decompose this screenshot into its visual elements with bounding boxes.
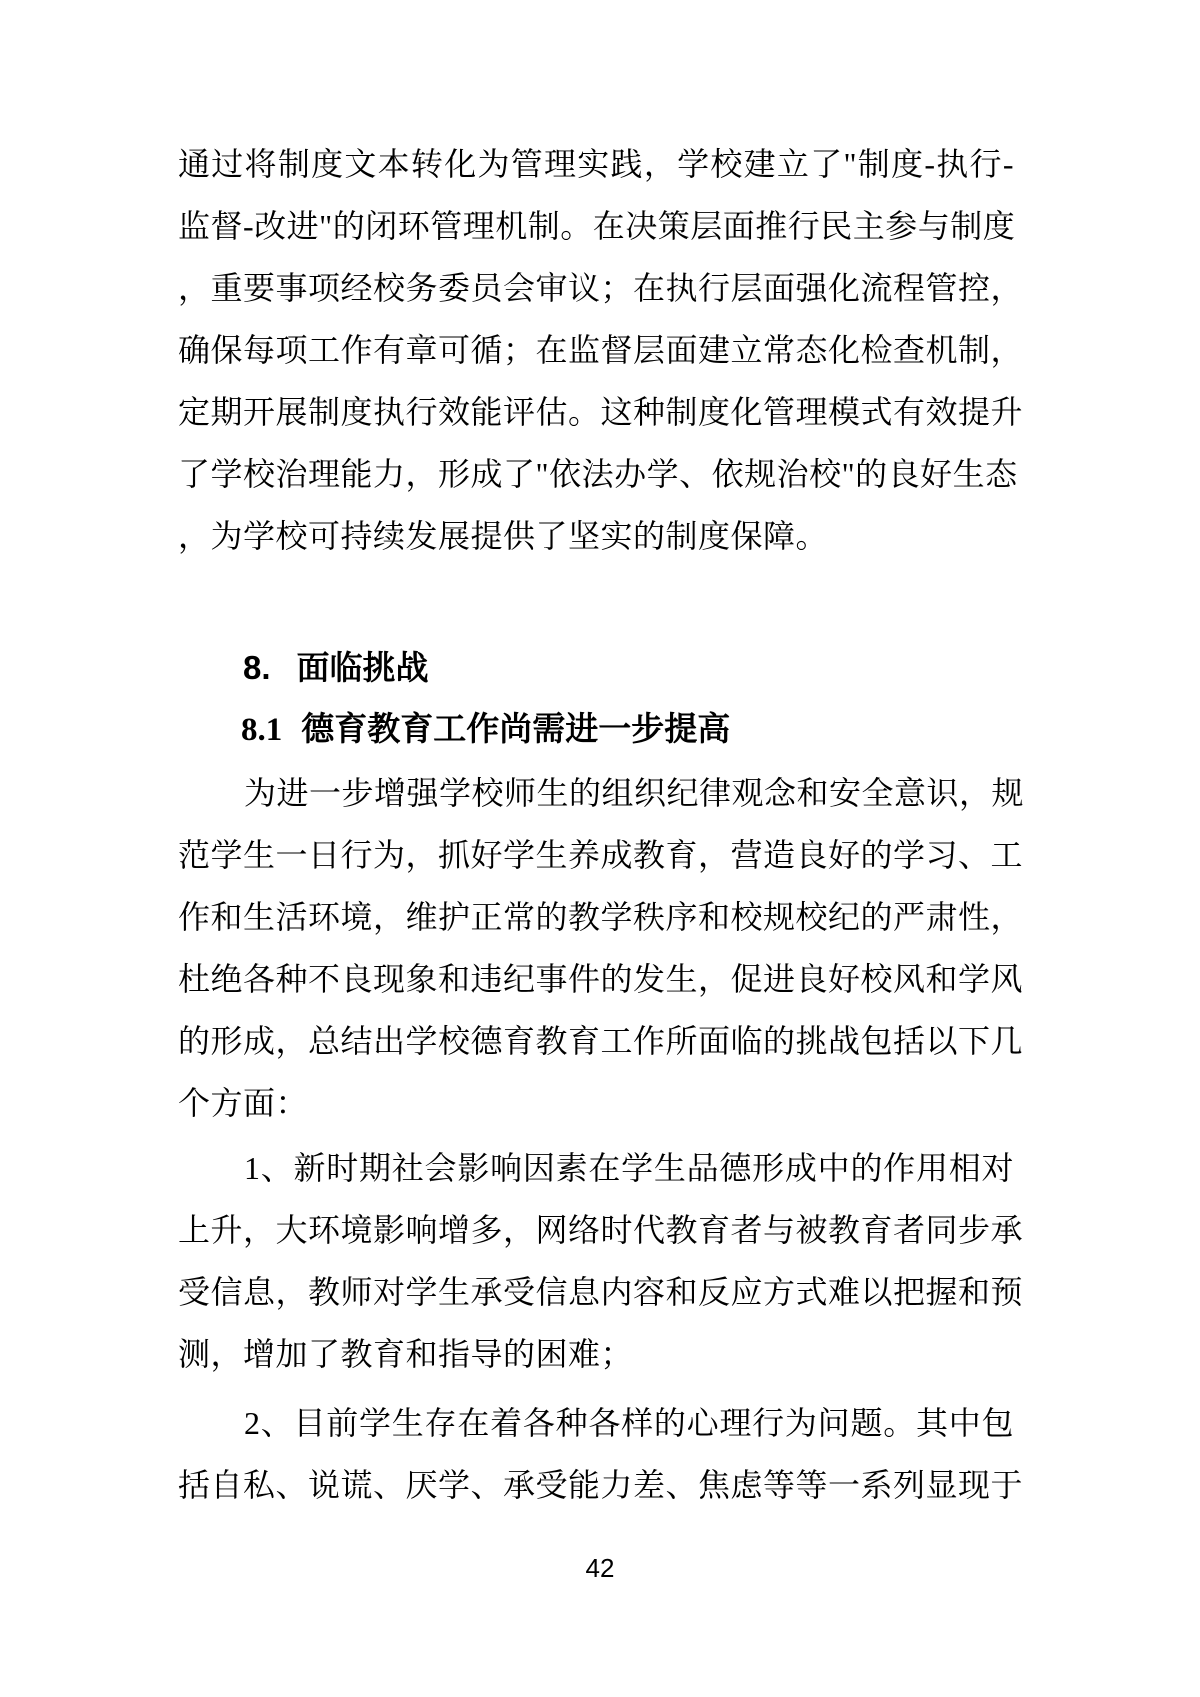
page-number: 42 bbox=[0, 1553, 1200, 1583]
text-line: 2、目前学生存在着各种各样的心理行为问题。其中包 bbox=[178, 1392, 1014, 1454]
text-line: 杜绝各种不良现象和违纪事件的发生，促进良好校风和学风 bbox=[178, 948, 1014, 1010]
text-line: 通过将制度文本转化为管理实践，学校建立了"制度-执行- bbox=[178, 133, 1014, 195]
text-line: 受信息，教师对学生承受信息内容和反应方式难以把握和预 bbox=[178, 1261, 1014, 1323]
text-line: 1、新时期社会影响因素在学生品德形成中的作用相对 bbox=[178, 1137, 1014, 1199]
text-line: 为进一步增强学校师生的组织纪律观念和安全意识，规 bbox=[178, 762, 1014, 824]
text-line: 个方面： bbox=[178, 1072, 1014, 1134]
text-line: 定期开展制度执行效能评估。这种制度化管理模式有效提升 bbox=[178, 381, 1014, 443]
paragraph-institution-management: 通过将制度文本转化为管理实践，学校建立了"制度-执行- 监督-改进"的闭环管理机… bbox=[178, 133, 1014, 567]
text-line: ，为学校可持续发展提供了坚实的制度保障。 bbox=[178, 505, 1014, 567]
section-heading: 8.面临挑战 bbox=[243, 646, 429, 690]
text-line: 范学生一日行为，抓好学生养成教育，营造良好的学习、工 bbox=[178, 824, 1014, 886]
paragraph-item-1: 1、新时期社会影响因素在学生品德形成中的作用相对 上升，大环境影响增多，网络时代… bbox=[178, 1137, 1014, 1385]
paragraph-intro: 为进一步增强学校师生的组织纪律观念和安全意识，规 范学生一日行为，抓好学生养成教… bbox=[178, 762, 1014, 1134]
text-line: 括自私、说谎、厌学、承受能力差、焦虑等等一系列显现于 bbox=[178, 1454, 1014, 1516]
text-line: 测，增加了教育和指导的困难； bbox=[178, 1323, 1014, 1385]
text-line: ，重要事项经校务委员会审议；在执行层面强化流程管控， bbox=[178, 257, 1014, 319]
text-line: 作和生活环境，维护正常的教学秩序和校规校纪的严肃性， bbox=[178, 886, 1014, 948]
paragraph-item-2: 2、目前学生存在着各种各样的心理行为问题。其中包 括自私、说谎、厌学、承受能力差… bbox=[178, 1392, 1014, 1516]
text-line: 上升，大环境影响增多，网络时代教育者与被教育者同步承 bbox=[178, 1199, 1014, 1261]
subsection-heading: 8.1德育教育工作尚需进一步提高 bbox=[241, 708, 730, 752]
section-number: 8. bbox=[243, 649, 271, 686]
document-page: 通过将制度文本转化为管理实践，学校建立了"制度-执行- 监督-改进"的闭环管理机… bbox=[0, 0, 1200, 1697]
subsection-number: 8.1 bbox=[241, 712, 282, 748]
section-title: 面临挑战 bbox=[297, 649, 429, 686]
subsection-title: 德育教育工作尚需进一步提高 bbox=[301, 712, 730, 748]
text-line: 的形成，总结出学校德育教育工作所面临的挑战包括以下几 bbox=[178, 1010, 1014, 1072]
text-line: 了学校治理能力，形成了"依法办学、依规治校"的良好生态 bbox=[178, 443, 1014, 505]
text-line: 监督-改进"的闭环管理机制。在决策层面推行民主参与制度 bbox=[178, 195, 1014, 257]
text-line: 确保每项工作有章可循；在监督层面建立常态化检查机制， bbox=[178, 319, 1014, 381]
